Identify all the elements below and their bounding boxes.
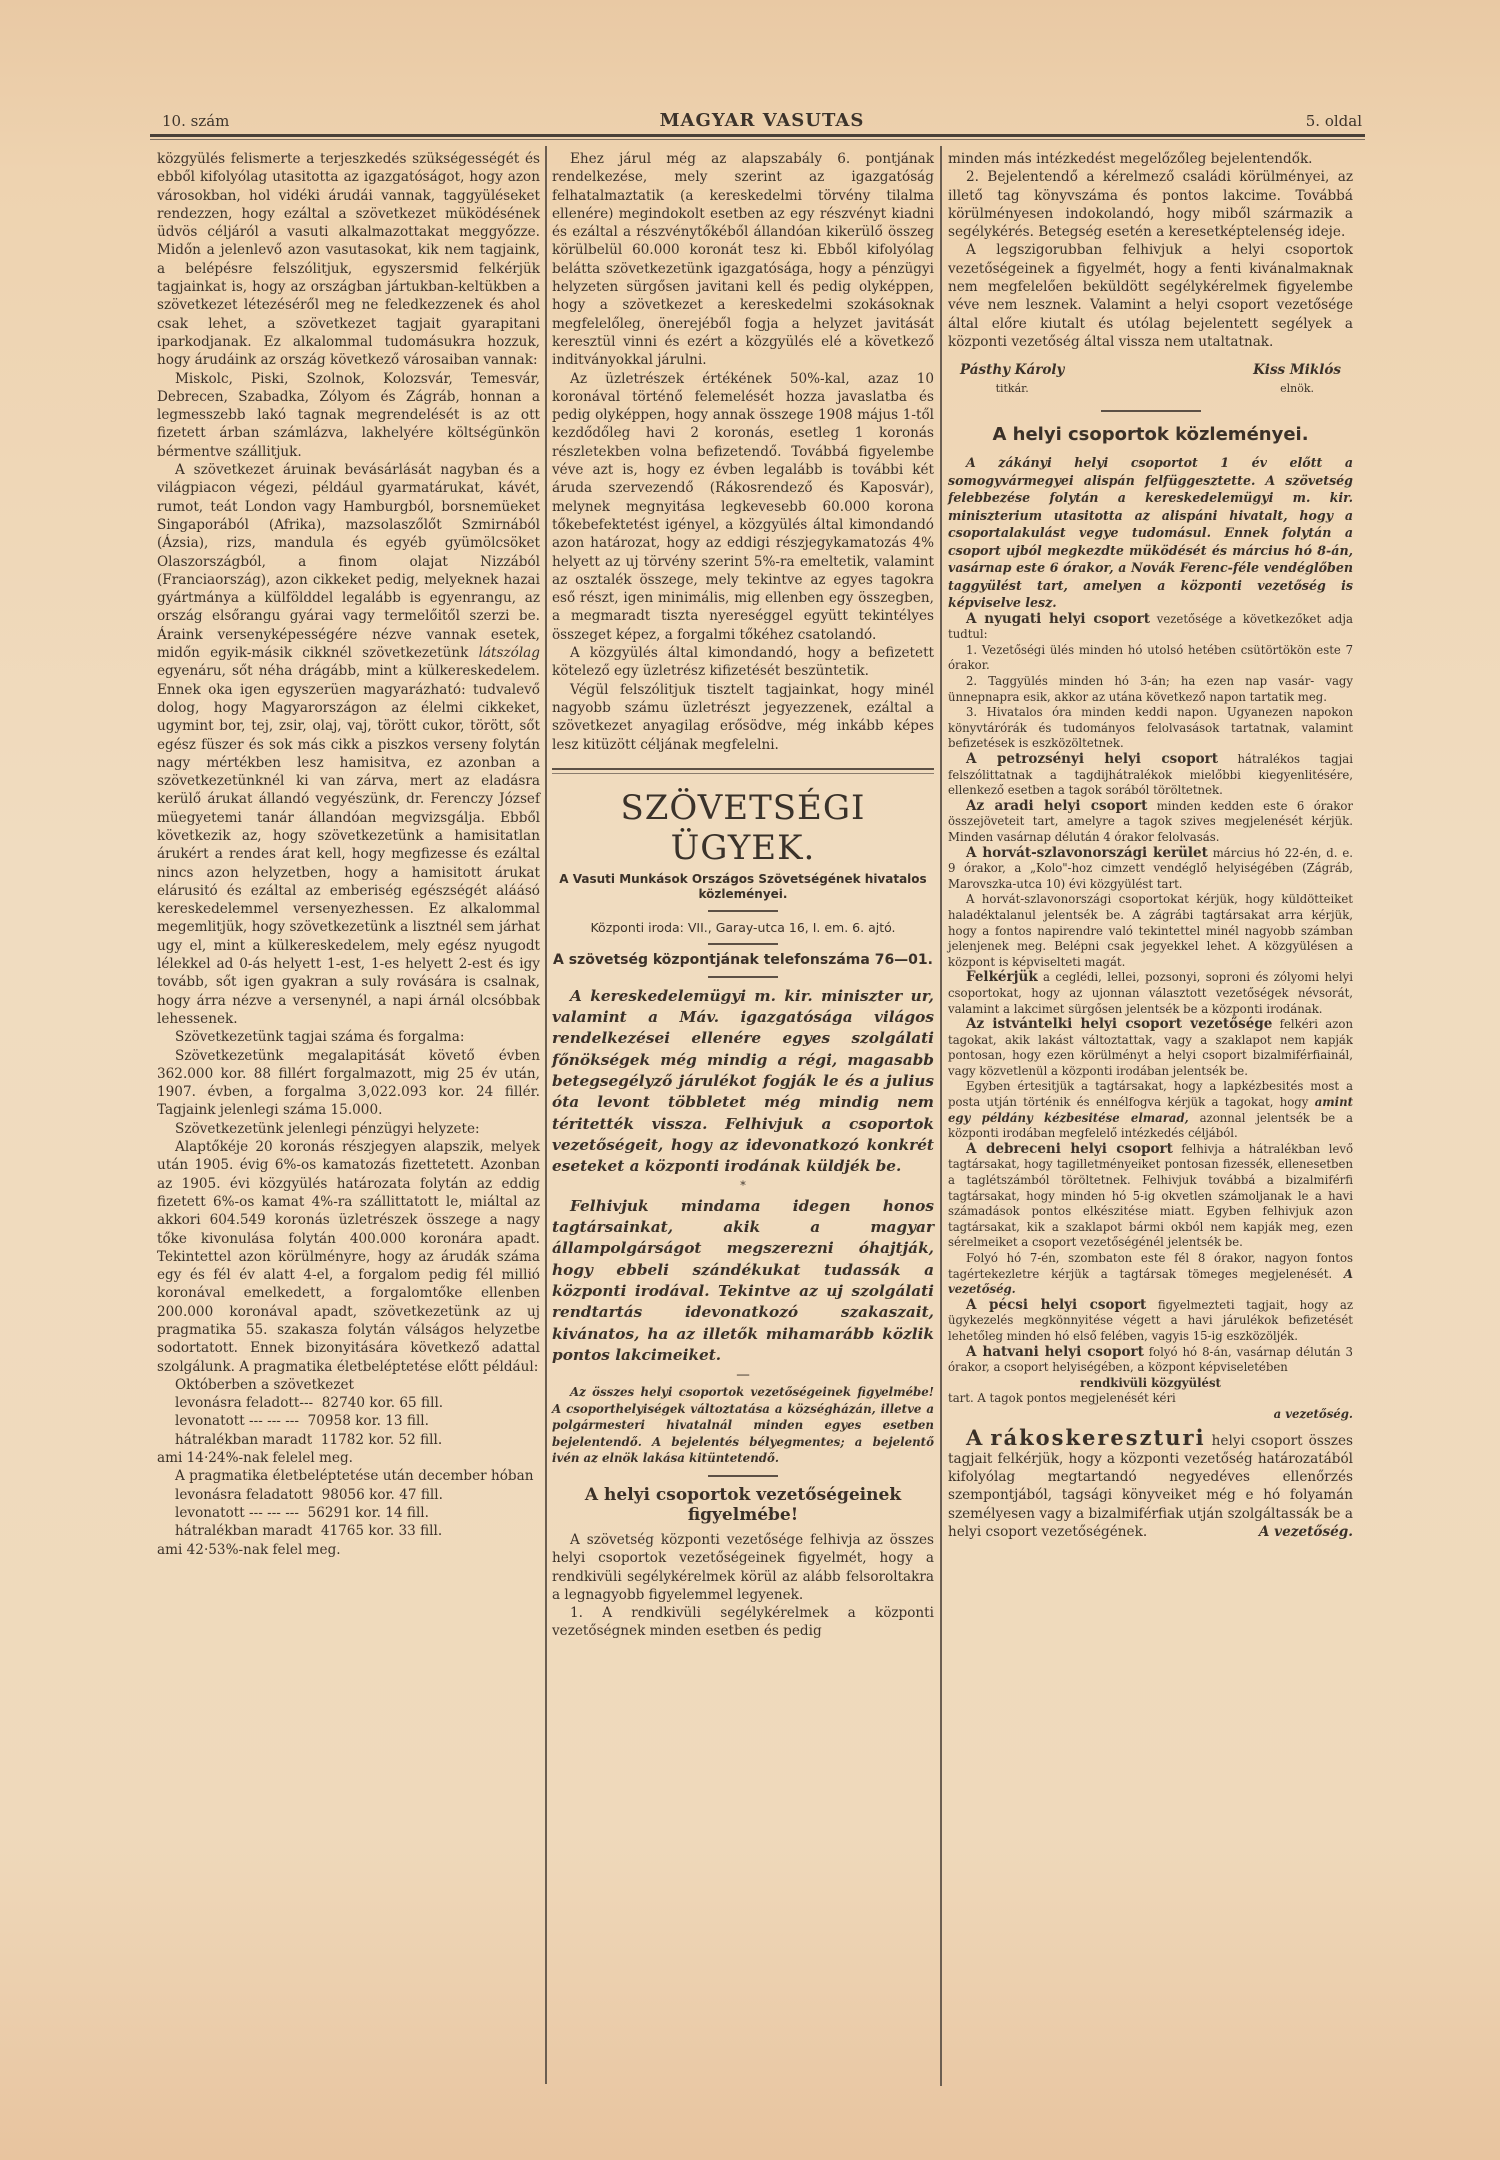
short-rule	[708, 976, 778, 978]
section-title: SZÖVETSÉGI ÜGYEK.	[552, 788, 934, 868]
paragraph: Szövetkezetünk jelenlegi pénzügyi helyze…	[157, 1120, 540, 1138]
notice-petrozseny: A petrozsényi helyi csoport hátralékos t…	[948, 752, 1353, 799]
notice-heading: A helyi csoportok vezetőségeinek figyelm…	[552, 1485, 934, 1525]
notice-felkerjuk: Felkérjük a ceglédi, lellei, pozsonyi, s…	[948, 970, 1353, 1017]
paragraph: A szövetség központi vezetősége felhivja…	[552, 1531, 934, 1604]
section-divider	[552, 768, 934, 774]
header-rule	[150, 134, 1365, 137]
notice-item: 2. Taggyülés minden hó 3-án; ha ezen nap…	[948, 674, 1353, 705]
short-rule	[708, 910, 778, 912]
figures-table-october: levonásra feladott--- 82740 kor. 65 fill…	[175, 1394, 540, 1449]
notice-italic: Felhivjuk mindama idegen honos tagtársai…	[552, 1196, 934, 1366]
table-row: levonásra feladott--- 82740 kor. 65 fill…	[175, 1394, 540, 1412]
paragraph: közgyülés felismerte a terjeszkedés szük…	[157, 150, 540, 370]
notice-istvantelek: Az istvántelki helyi csoport vezetősége …	[948, 1017, 1353, 1079]
header-rule-thin	[150, 139, 1365, 140]
notice-item: 1. Vezetőségi ülés minden hó utolsó heté…	[948, 643, 1353, 674]
page-number: 5. oldal	[1306, 112, 1362, 130]
paragraph: ami 42·53%-nak felel meg.	[157, 1541, 540, 1559]
paragraph: A pragmatika életbeléptetése után decemb…	[157, 1467, 540, 1485]
notice-item: Folyó hó 7-én, szombaton este fél 8 órak…	[948, 1251, 1353, 1298]
figures-table-december: levonásra feladatott 98056 kor. 47 fill.…	[175, 1486, 540, 1541]
column-3: minden más intézkedést megelőzőleg bejel…	[948, 150, 1353, 1541]
notice-debrecen: A debreceni helyi csoport felhivja a hát…	[948, 1142, 1353, 1251]
paragraph: Szövetkezetünk megalapitását követő évbe…	[157, 1047, 540, 1120]
paragraph: Alaptőkéje 20 koronás részjegyen alapszi…	[157, 1138, 540, 1376]
newspaper-title: MAGYAR VASUTAS	[162, 110, 1362, 131]
paragraph: Ehez járul még az alapszabály 6. pontján…	[552, 150, 934, 370]
table-row: hátralékban maradt 41765 kor. 33 fill.	[175, 1522, 540, 1540]
table-row: levonásra feladatott 98056 kor. 47 fill.	[175, 1486, 540, 1504]
phone-number: A szövetség központjának telefonszáma 76…	[552, 953, 934, 968]
office-address: Központi iroda: VII., Garay-utca 16, I. …	[552, 920, 934, 935]
paragraph: ami 14·24%-nak felelel meg.	[157, 1449, 540, 1467]
notice-zakany: A zákányi helyi csoportot 1 év előtt a s…	[948, 454, 1353, 612]
notice-rakoskeresztur: A rákoskereszturi helyi csoport összes t…	[948, 1429, 1353, 1542]
dash-separator: —	[552, 1366, 934, 1384]
local-groups-heading: A helyi csoportok közleményei.	[948, 426, 1353, 444]
notice-item: A horvát-szlavonországi csoportokat kérj…	[948, 892, 1353, 970]
notice-arad: Az aradi helyi csoport minden kedden est…	[948, 799, 1353, 846]
notice-hatvan: A hatvani helyi csoport folyó hó 8-án, v…	[948, 1345, 1353, 1376]
table-row: hátralékban maradt 11782 kor. 52 fill.	[175, 1431, 540, 1449]
signature-secretary: Pásthy Károly titkár.	[960, 361, 1064, 398]
paragraph: A legszigorubban felhivjuk a helyi csopo…	[948, 241, 1353, 351]
notice-signature: a vezetőség.	[948, 1407, 1353, 1423]
notice-small-italic: Az összes helyi csoportok vezetőségeinek…	[552, 1384, 934, 1467]
paragraph: Végül felszólitjuk tisztelt tagjainkat, …	[552, 681, 934, 754]
notice-italic: A kereskedelemügyi m. kir. miniszter ur,…	[552, 986, 934, 1178]
notice-item: 3. Hivatalos óra minden keddi napon. Ugy…	[948, 705, 1353, 752]
column-2: Ehez járul még az alapszabály 6. pontján…	[552, 150, 934, 1641]
paragraph: Szövetkezetünk tagjai száma és forgalma:	[157, 1028, 540, 1046]
notice-item: tart. A tagok pontos megjelenését kéri	[948, 1391, 1353, 1407]
paragraph: minden más intézkedést megelőzőleg bejel…	[948, 150, 1353, 168]
paragraph: Októberben a szövetkezet	[157, 1376, 540, 1394]
notice-item: Egyben értesitjük a tagtársakat, hogy a …	[948, 1079, 1353, 1141]
paragraph: Miskolc, Piski, Szolnok, Kolozsvár, Teme…	[157, 370, 540, 461]
asterisk-separator: *	[552, 1177, 934, 1195]
paragraph: A szövetkezet áruinak bevásárlását nagyb…	[157, 461, 540, 1028]
paragraph: Az üzletrészek értékének 50%-kal, azaz 1…	[552, 370, 934, 644]
notice-pecs: A pécsi helyi csoport figyelmezteti tagj…	[948, 1298, 1353, 1345]
short-rule	[1101, 410, 1201, 412]
notice-nyugati: A nyugati helyi csoport vezetősége a köv…	[948, 612, 1353, 643]
column-divider	[545, 146, 547, 2084]
short-rule	[708, 1475, 778, 1477]
paragraph: 1. A rendkivüli segélykérelmek a központ…	[552, 1604, 934, 1641]
paragraph: A közgyülés által kimondandó, hogy a bef…	[552, 644, 934, 681]
paragraph: 2. Bejelentendő a kérelmező családi körü…	[948, 168, 1353, 241]
notice-center-line: rendkivüli közgyülést	[948, 1376, 1353, 1392]
short-rule	[708, 943, 778, 945]
section-subtitle: A Vasuti Munkások Országos Szövetségének…	[552, 872, 934, 902]
table-row: levonatott --- --- --- 56291 kor. 14 fil…	[175, 1504, 540, 1522]
page-header: 10. szám MAGYAR VASUTAS 5. oldal	[162, 108, 1362, 132]
local-group-notices: A nyugati helyi csoport vezetősége a köv…	[948, 612, 1353, 1423]
signature-president: Kiss Miklós elnök.	[1253, 361, 1341, 398]
notice-horvat: A horvát-szlavonországi kerület március …	[948, 846, 1353, 893]
column-1: közgyülés felismerte a terjeszkedés szük…	[157, 150, 540, 1559]
signatures: Pásthy Károly titkár. Kiss Miklós elnök.	[948, 361, 1353, 398]
column-divider	[940, 146, 942, 2086]
table-row: levonatott --- --- --- 70958 kor. 13 fil…	[175, 1412, 540, 1430]
